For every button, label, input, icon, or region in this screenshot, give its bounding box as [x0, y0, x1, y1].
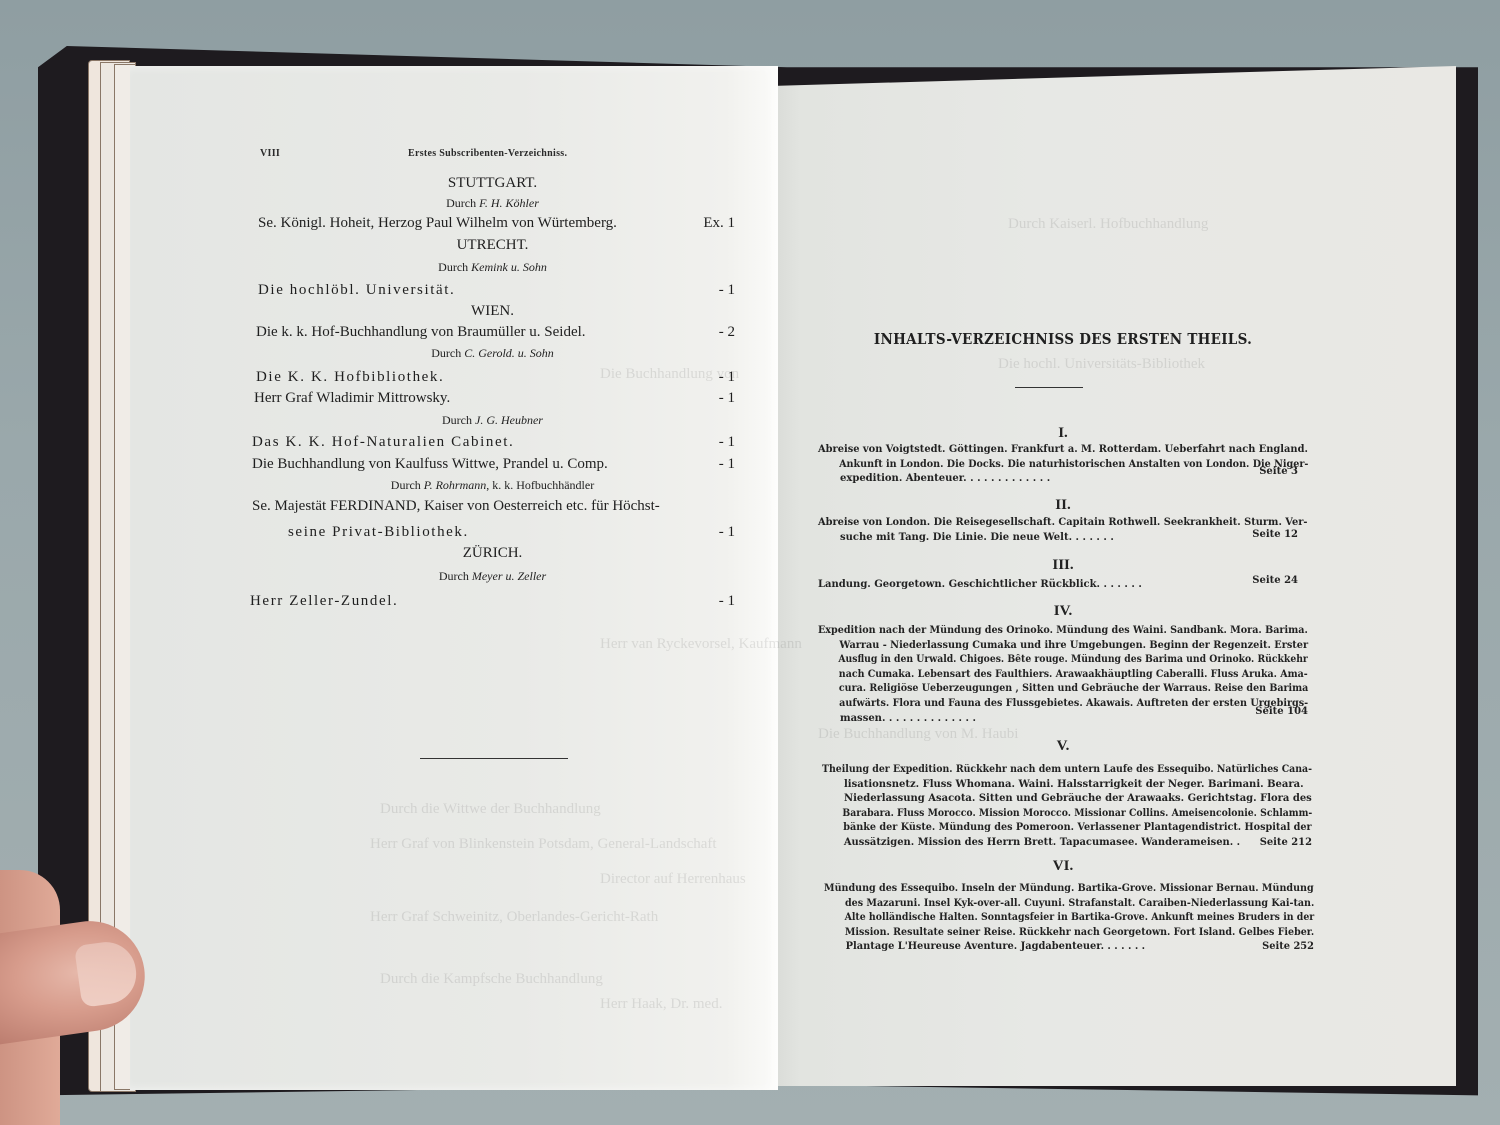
via-line: Durch C. Gerold. u. Sohn — [250, 346, 735, 361]
city-heading: STUTTGART. — [250, 175, 735, 192]
chapter-numeral: VI. — [818, 858, 1308, 875]
via-line: Durch J. G. Heubner — [250, 413, 735, 428]
page-number: VIII — [260, 148, 280, 159]
city-heading: UTRECHT. — [250, 237, 735, 254]
city-heading: ZÜRICH. — [250, 545, 735, 562]
page-reference: Seite 12 — [1252, 528, 1298, 543]
page-reference: Seite 24 — [1252, 574, 1298, 589]
page-reference: Seite 104 — [1255, 705, 1308, 720]
chapter-numeral: I. — [818, 425, 1308, 442]
via-line: Durch Kemink u. Sohn — [250, 260, 735, 275]
chapter-numeral: V. — [818, 738, 1308, 755]
title-rule — [1015, 387, 1083, 388]
chapter-summary: Abreise von London. Die Reisegesellschaf… — [818, 516, 1308, 545]
via-line: Durch F. H. Köhler — [250, 196, 735, 211]
chapter-summary: Mündung des Essequibo. Inseln der Mündun… — [824, 882, 1314, 955]
chapter-numeral: II. — [818, 497, 1308, 514]
page-reference: Seite 3 — [1259, 465, 1298, 480]
chapter-summary: Abreise von Voigtstedt. Göttingen. Frank… — [818, 443, 1308, 487]
via-line: Durch Meyer u. Zeller — [250, 569, 735, 584]
running-head: Erstes Subscribenten-Verzeichniss. — [408, 148, 567, 159]
chapter-summary: Theilung der Expedition. Rückkehr nach d… — [822, 763, 1312, 851]
chapter-numeral: IV. — [818, 603, 1308, 620]
chapter-summary: Expedition nach der Mündung des Orinoko.… — [818, 624, 1308, 726]
subscriber-list: VIII Erstes Subscribenten-Verzeichniss. … — [250, 0, 735, 1125]
city-heading: WIEN. — [250, 303, 735, 320]
chapter-summary: Landung. Georgetown. Geschichtlicher Rüc… — [818, 578, 1308, 593]
page-reference: Seite 252 — [1262, 940, 1314, 955]
toc-title: INHALTS-VERZEICHNISS DES ERSTEN THEILS. — [843, 330, 1284, 348]
page-reference: Seite 212 — [1260, 836, 1312, 851]
chapter-numeral: III. — [818, 557, 1308, 574]
via-line: Durch P. Rohrmann, k. k. Hofbuchhändler — [250, 478, 735, 493]
table-of-contents: INHALTS-VERZEICHNISS DES ERSTEN THEILS. … — [818, 0, 1308, 1125]
